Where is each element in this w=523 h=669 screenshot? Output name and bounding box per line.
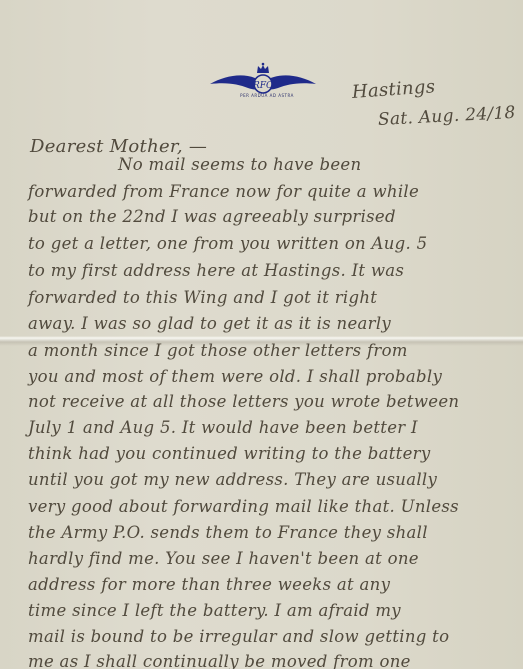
crest-motto: PER ARDUA AD ASTRA (232, 93, 302, 98)
body-line: mail is bound to be irregular and slow g… (28, 627, 449, 646)
body-line: a month since I got those other letters … (28, 341, 408, 360)
body-line: to get a letter, one from you written on… (28, 234, 427, 253)
letter-place: Hastings (351, 76, 436, 103)
body-line: until you got my new address. They are u… (28, 470, 437, 489)
body-line: forwarded from France now for quite a wh… (28, 182, 419, 201)
body-line: the Army P.O. sends them to France they … (28, 523, 428, 542)
body-line: very good about forwarding mail like tha… (28, 497, 459, 516)
body-line: address for more than three weeks at any (28, 575, 390, 594)
letter-page: RFC PER ARDUA AD ASTRA Hastings Sat. Aug… (0, 0, 523, 669)
salutation: Dearest Mother, — (30, 136, 207, 157)
body-line: me as I shall continually be moved from … (28, 652, 411, 669)
body-line: you and most of them were old. I shall p… (28, 367, 442, 386)
body-line: time since I left the battery. I am afra… (28, 601, 401, 620)
body-line: think had you continued writing to the b… (28, 444, 430, 463)
body-line: hardly find me. You see I haven't been a… (28, 549, 419, 568)
body-line: July 1 and Aug 5. It would have been bet… (28, 418, 418, 437)
body-line: not receive at all those letters you wro… (28, 392, 459, 411)
body-line: away. I was so glad to get it as it is n… (28, 314, 391, 333)
letter-date: Sat. Aug. 24/18 (377, 103, 516, 130)
body-line: No mail seems to have been (118, 155, 361, 174)
body-line: to my first address here at Hastings. It… (28, 261, 404, 280)
body-line: forwarded to this Wing and I got it righ… (28, 288, 377, 307)
body-line: but on the 22nd I was agreeably surprise… (28, 207, 396, 226)
svg-text:RFC: RFC (252, 81, 273, 91)
